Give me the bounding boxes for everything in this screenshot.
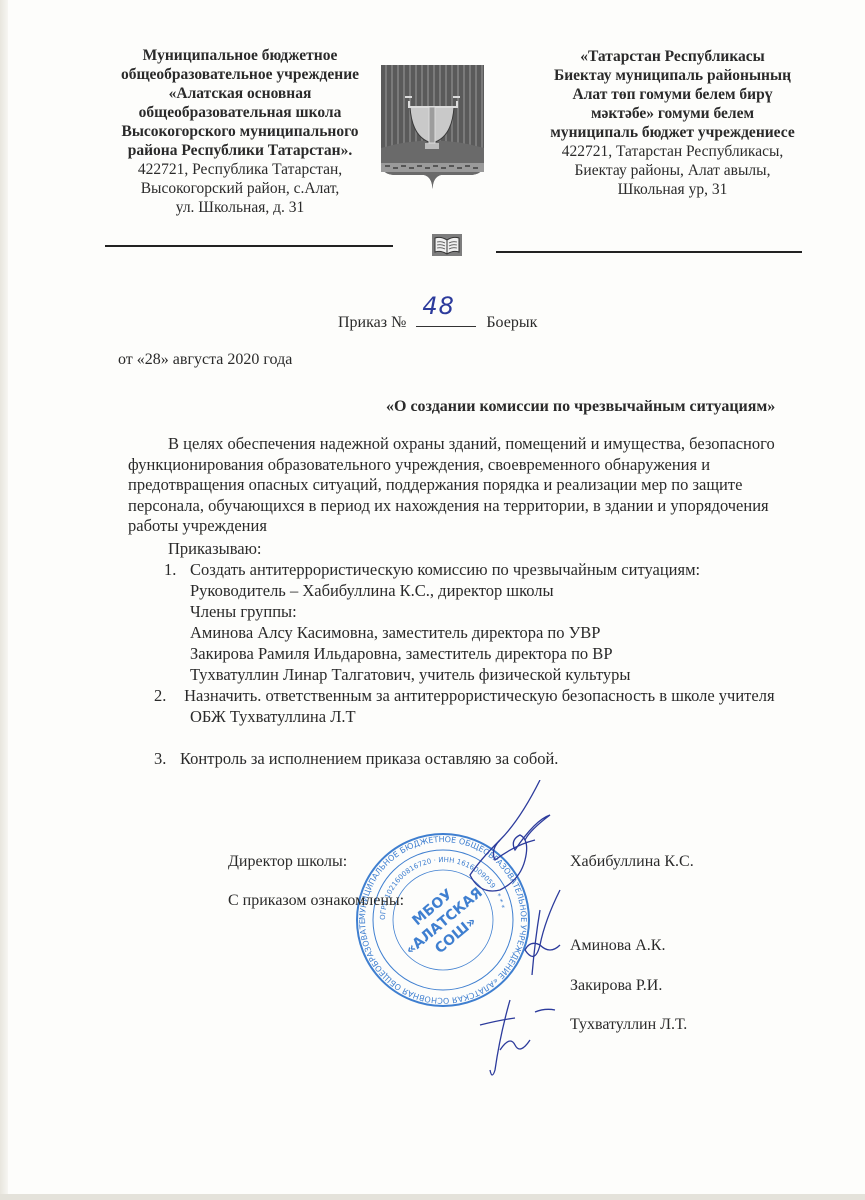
header-left-line: общеобразовательная школа xyxy=(100,103,380,122)
preamble-line: В целях обеспечения надежной охраны здан… xyxy=(128,434,818,455)
item-1-sub: Аминова Алсу Касимовна, заместитель дире… xyxy=(128,622,828,643)
order-item-3: 3.Контроль за исполнением приказа оставл… xyxy=(128,748,828,769)
header-right-line: «Татарстан Республикасы xyxy=(520,47,825,66)
preamble-line: функционирования образовательного учрежд… xyxy=(128,455,818,476)
header-right-line: Алат төп гомуми белем бирү xyxy=(520,85,825,104)
open-book-icon xyxy=(432,234,462,256)
order-item-2: 2. Назначить. ответственным за антитерро… xyxy=(128,685,828,706)
item-number: 3. xyxy=(154,748,180,769)
order-item-1: 1.Создать антитеррористическую комиссию … xyxy=(128,559,828,580)
preamble-line: персонала, обучающихся в период их нахож… xyxy=(128,496,818,517)
item-1-sub: Закирова Рамиля Ильдаровна, заместитель … xyxy=(128,643,828,664)
header-right-tatar: «Татарстан Республикасы Биектау муниципа… xyxy=(520,47,825,199)
order-title: «О создании комиссии по чрезвычайным сит… xyxy=(386,398,775,416)
paper-edge xyxy=(0,0,8,1200)
order-items: Приказываю: 1.Создать антитеррористическ… xyxy=(128,538,828,769)
item-1-sub: Члены группы: xyxy=(128,601,828,622)
header-right-line: Биектау муниципаль районының xyxy=(520,66,825,85)
order-number-line: Приказ № 48 Боерык xyxy=(338,312,537,332)
item-number: 2. xyxy=(154,685,180,706)
item-1-sub: Тухватуллин Линар Талгатович, учитель фи… xyxy=(128,664,828,685)
order-word: Приказываю: xyxy=(128,538,828,559)
header-right-line: муниципаль бюджет учреждениесе xyxy=(520,123,825,142)
item-text: Контроль за исполнением приказа оставляю… xyxy=(180,749,558,768)
item-2-sub: ОБЖ Тухватуллина Л.Т xyxy=(128,706,828,727)
order-suffix: Боерык xyxy=(486,314,537,331)
item-text: Назначить. ответственным за антитеррорис… xyxy=(180,686,775,705)
preamble-paragraph: В целях обеспечения надежной охраны здан… xyxy=(128,434,818,537)
header-left-line: общеобразовательное учреждение xyxy=(100,65,380,84)
header-left-line: Высокогорского муниципального xyxy=(100,122,380,141)
director-label: Директор школы: xyxy=(228,853,347,871)
header-left-address: Высокогорский район, с.Алат, xyxy=(100,179,380,198)
acquainted-name-2: Закирова Р.И. xyxy=(570,977,662,995)
header-divider-left xyxy=(105,245,393,247)
director-name: Хабибуллина К.С. xyxy=(570,853,694,871)
order-prefix: Приказ № xyxy=(338,314,406,331)
spacer xyxy=(128,727,828,748)
preamble-line: предотвращения опасных ситуаций, поддерж… xyxy=(128,475,818,496)
header-right-address: Школьная ур, 31 xyxy=(520,180,825,199)
header-left-line: Муниципальное бюджетное xyxy=(100,46,380,65)
header-right-address: Биектау районы, Алат авылы, xyxy=(520,161,825,180)
header-left-russian: Муниципальное бюджетное общеобразователь… xyxy=(100,46,380,217)
acquainted-label: С приказом ознакомлены: xyxy=(228,892,404,910)
item-number: 1. xyxy=(164,559,190,580)
header-left-line: «Алатская основная xyxy=(100,84,380,103)
paper-bottom-edge xyxy=(0,1194,865,1200)
order-date: от «28» августа 2020 года xyxy=(118,351,292,369)
coat-of-arms-icon xyxy=(379,63,486,191)
header-left-address: 422721, Республика Татарстан, xyxy=(100,160,380,179)
order-number-handwritten: 48 xyxy=(422,292,455,320)
acquainted-name-1: Аминова А.К. xyxy=(570,937,665,955)
header-left-line: района Республики Татарстан». xyxy=(100,141,380,160)
header-divider-right xyxy=(496,251,802,253)
item-1-sub: Руководитель – Хабибуллина К.С., директо… xyxy=(128,580,828,601)
official-stamp: МУНИЦИПАЛЬНОЕ БЮДЖЕТНОЕ ОБЩЕОБРАЗОВАТЕЛЬ… xyxy=(353,830,533,1010)
item-text: Создать антитеррористическую комиссию по… xyxy=(190,560,700,579)
preamble-line: работы учреждения xyxy=(128,516,818,537)
header-left-address: ул. Школьная, д. 31 xyxy=(100,198,380,217)
header-right-address: 422721, Татарстан Республикасы, xyxy=(520,142,825,161)
acquainted-name-3: Тухватуллин Л.Т. xyxy=(570,1016,687,1034)
header-right-line: мәктәбе» гомуми белем xyxy=(520,104,825,123)
order-number-field: 48 xyxy=(416,312,476,327)
